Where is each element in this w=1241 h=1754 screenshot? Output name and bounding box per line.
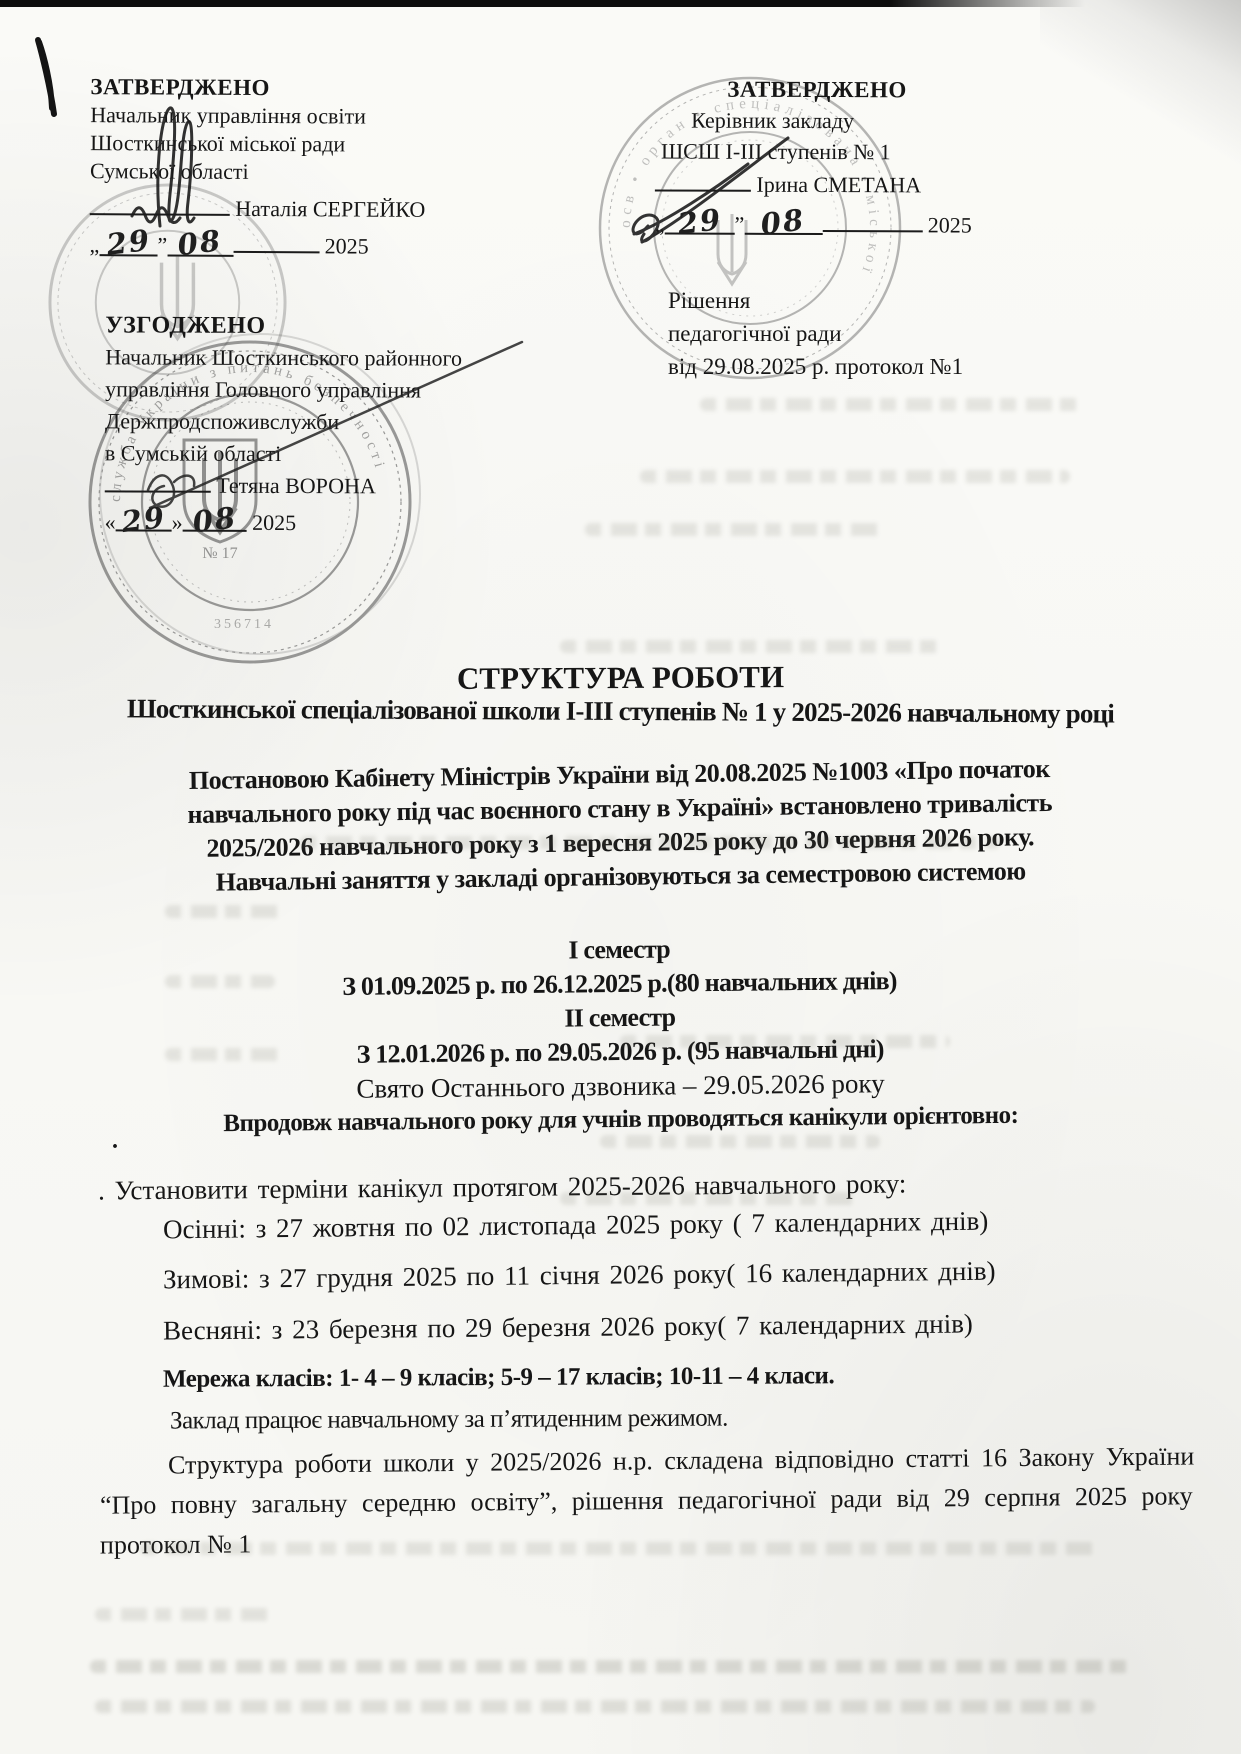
bleedthrough-artifact [165, 1048, 285, 1061]
signature-line [90, 193, 230, 216]
decision-line3: від 29.08.2025 р. протокол №1 [668, 350, 963, 383]
handwritten-day: 29 [676, 204, 724, 240]
quote-mark: « [105, 509, 116, 534]
handwritten-month: 08 [191, 501, 239, 538]
agreed-heading: УЗГОДЖЕНО [105, 309, 462, 342]
pen-mark-artifact [28, 34, 68, 124]
approval-block-left: ЗАТВЕРДЖЕНО Начальник управління освіти … [90, 73, 427, 261]
bleedthrough-artifact [560, 640, 940, 653]
vacation-autumn: Осінні: з 27 жовтня по 02 листопада 2025… [163, 1206, 989, 1246]
bleedthrough-artifact [90, 1660, 1130, 1673]
document-subtitle: Шосткинської спеціалізованої школи І-ІІІ… [0, 693, 1241, 730]
vacation-winter: Зимові: з 27 грудня 2025 по 11 січня 202… [163, 1256, 996, 1296]
work-mode-line: Заклад працює навчальному за п’ятиденним… [170, 1405, 728, 1436]
structure-basis-line2: “Про повну загальну середню освіту”, ріш… [100, 1481, 1193, 1521]
bleedthrough-artifact [640, 470, 1070, 483]
semesters-block: І семестр З 01.09.2025 р. по 26.12.2025 … [59, 927, 1181, 1143]
bleedthrough-artifact [560, 1192, 860, 1205]
agreed-line2: управління Головного управління [105, 373, 462, 406]
bleedthrough-artifact [165, 905, 285, 918]
approval-left-heading: ЗАТВЕРДЖЕНО [90, 73, 426, 103]
stray-dot: . [112, 1128, 118, 1155]
signature-line [655, 169, 751, 191]
decision-line2: педагогічної ради [668, 317, 963, 350]
approval-left-line3: Сумської області [90, 157, 426, 187]
scanned-document-page: ЗАТВЕРДЖЕНО Начальник управління освіти … [0, 0, 1241, 1754]
class-network-line: Мережа класів: 1- 4 – 9 класів; 5-9 – 17… [163, 1362, 834, 1394]
agreed-line3: Держпродспоживслужби [105, 405, 462, 438]
page-fold-shadow [1040, 0, 1241, 200]
quote-mark: „ [90, 232, 100, 257]
agreed-line4: в Сумській області [105, 437, 462, 470]
bleedthrough-artifact [140, 1542, 1100, 1555]
structure-basis-line1: Структура роботи школи у 2025/2026 н.р. … [168, 1442, 1194, 1481]
approval-right-line2: ШСШ І-ІІІ ступенів № 1 [655, 135, 972, 167]
approval-right-year: 2025 [928, 212, 972, 237]
bleedthrough-artifact [95, 1608, 275, 1621]
approval-left-year: 2025 [325, 233, 369, 258]
handwritten-day: 29 [105, 226, 152, 259]
handwritten-month: 08 [759, 204, 807, 240]
bleedthrough-artifact [620, 1035, 950, 1048]
decision-line1: Рішення [668, 284, 963, 317]
agreed-block: УЗГОДЖЕНО Начальник Шосткинського районн… [105, 309, 463, 539]
decision-block: Рішення педагогічної ради від 29.08.2025… [668, 284, 963, 383]
quote-mark: » [172, 510, 183, 535]
quote-mark: ” [157, 232, 167, 257]
quote-mark: „ [655, 211, 665, 236]
bleedthrough-artifact [165, 975, 275, 988]
scan-edge-artifact [0, 0, 1085, 7]
agreed-line1: Начальник Шосткинського районного [105, 341, 462, 374]
quote-mark: ” [734, 212, 744, 237]
handwritten-month: 08 [176, 226, 223, 259]
handwritten-day: 29 [120, 501, 168, 538]
approval-left-line2: Шосткинської міської ради [90, 129, 426, 159]
bleedthrough-artifact [600, 1135, 880, 1148]
approval-left-line1: Начальник управління освіти [90, 101, 426, 131]
bleedthrough-artifact [300, 836, 1000, 849]
seal-number: № 17 [202, 545, 237, 562]
approval-right-signatory: Ірина СМЕТАНА [756, 172, 921, 198]
vacation-spring: Весняні: з 23 березня по 29 березня 2026… [163, 1308, 973, 1346]
seal-code: 356714 [214, 617, 274, 632]
intro-paragraph: Постановою Кабінету Міністрів України ві… [59, 750, 1181, 902]
bleedthrough-artifact [95, 1700, 1095, 1713]
agreed-year: 2025 [252, 510, 296, 535]
approval-right-line1: Керівник закладу [655, 104, 972, 136]
bleedthrough-artifact [700, 398, 1080, 411]
approval-block-right: ЗАТВЕРДЖЕНО Керівник закладу ШСШ І-ІІІ с… [655, 73, 973, 240]
bleedthrough-artifact [585, 523, 885, 536]
approval-right-heading: ЗАТВЕРДЖЕНО [655, 73, 972, 105]
signature-line [105, 470, 211, 492]
agreed-signatory: Тетяна ВОРОНА [216, 473, 376, 499]
approval-left-signatory: Наталія СЕРГЕЙКО [235, 196, 425, 222]
